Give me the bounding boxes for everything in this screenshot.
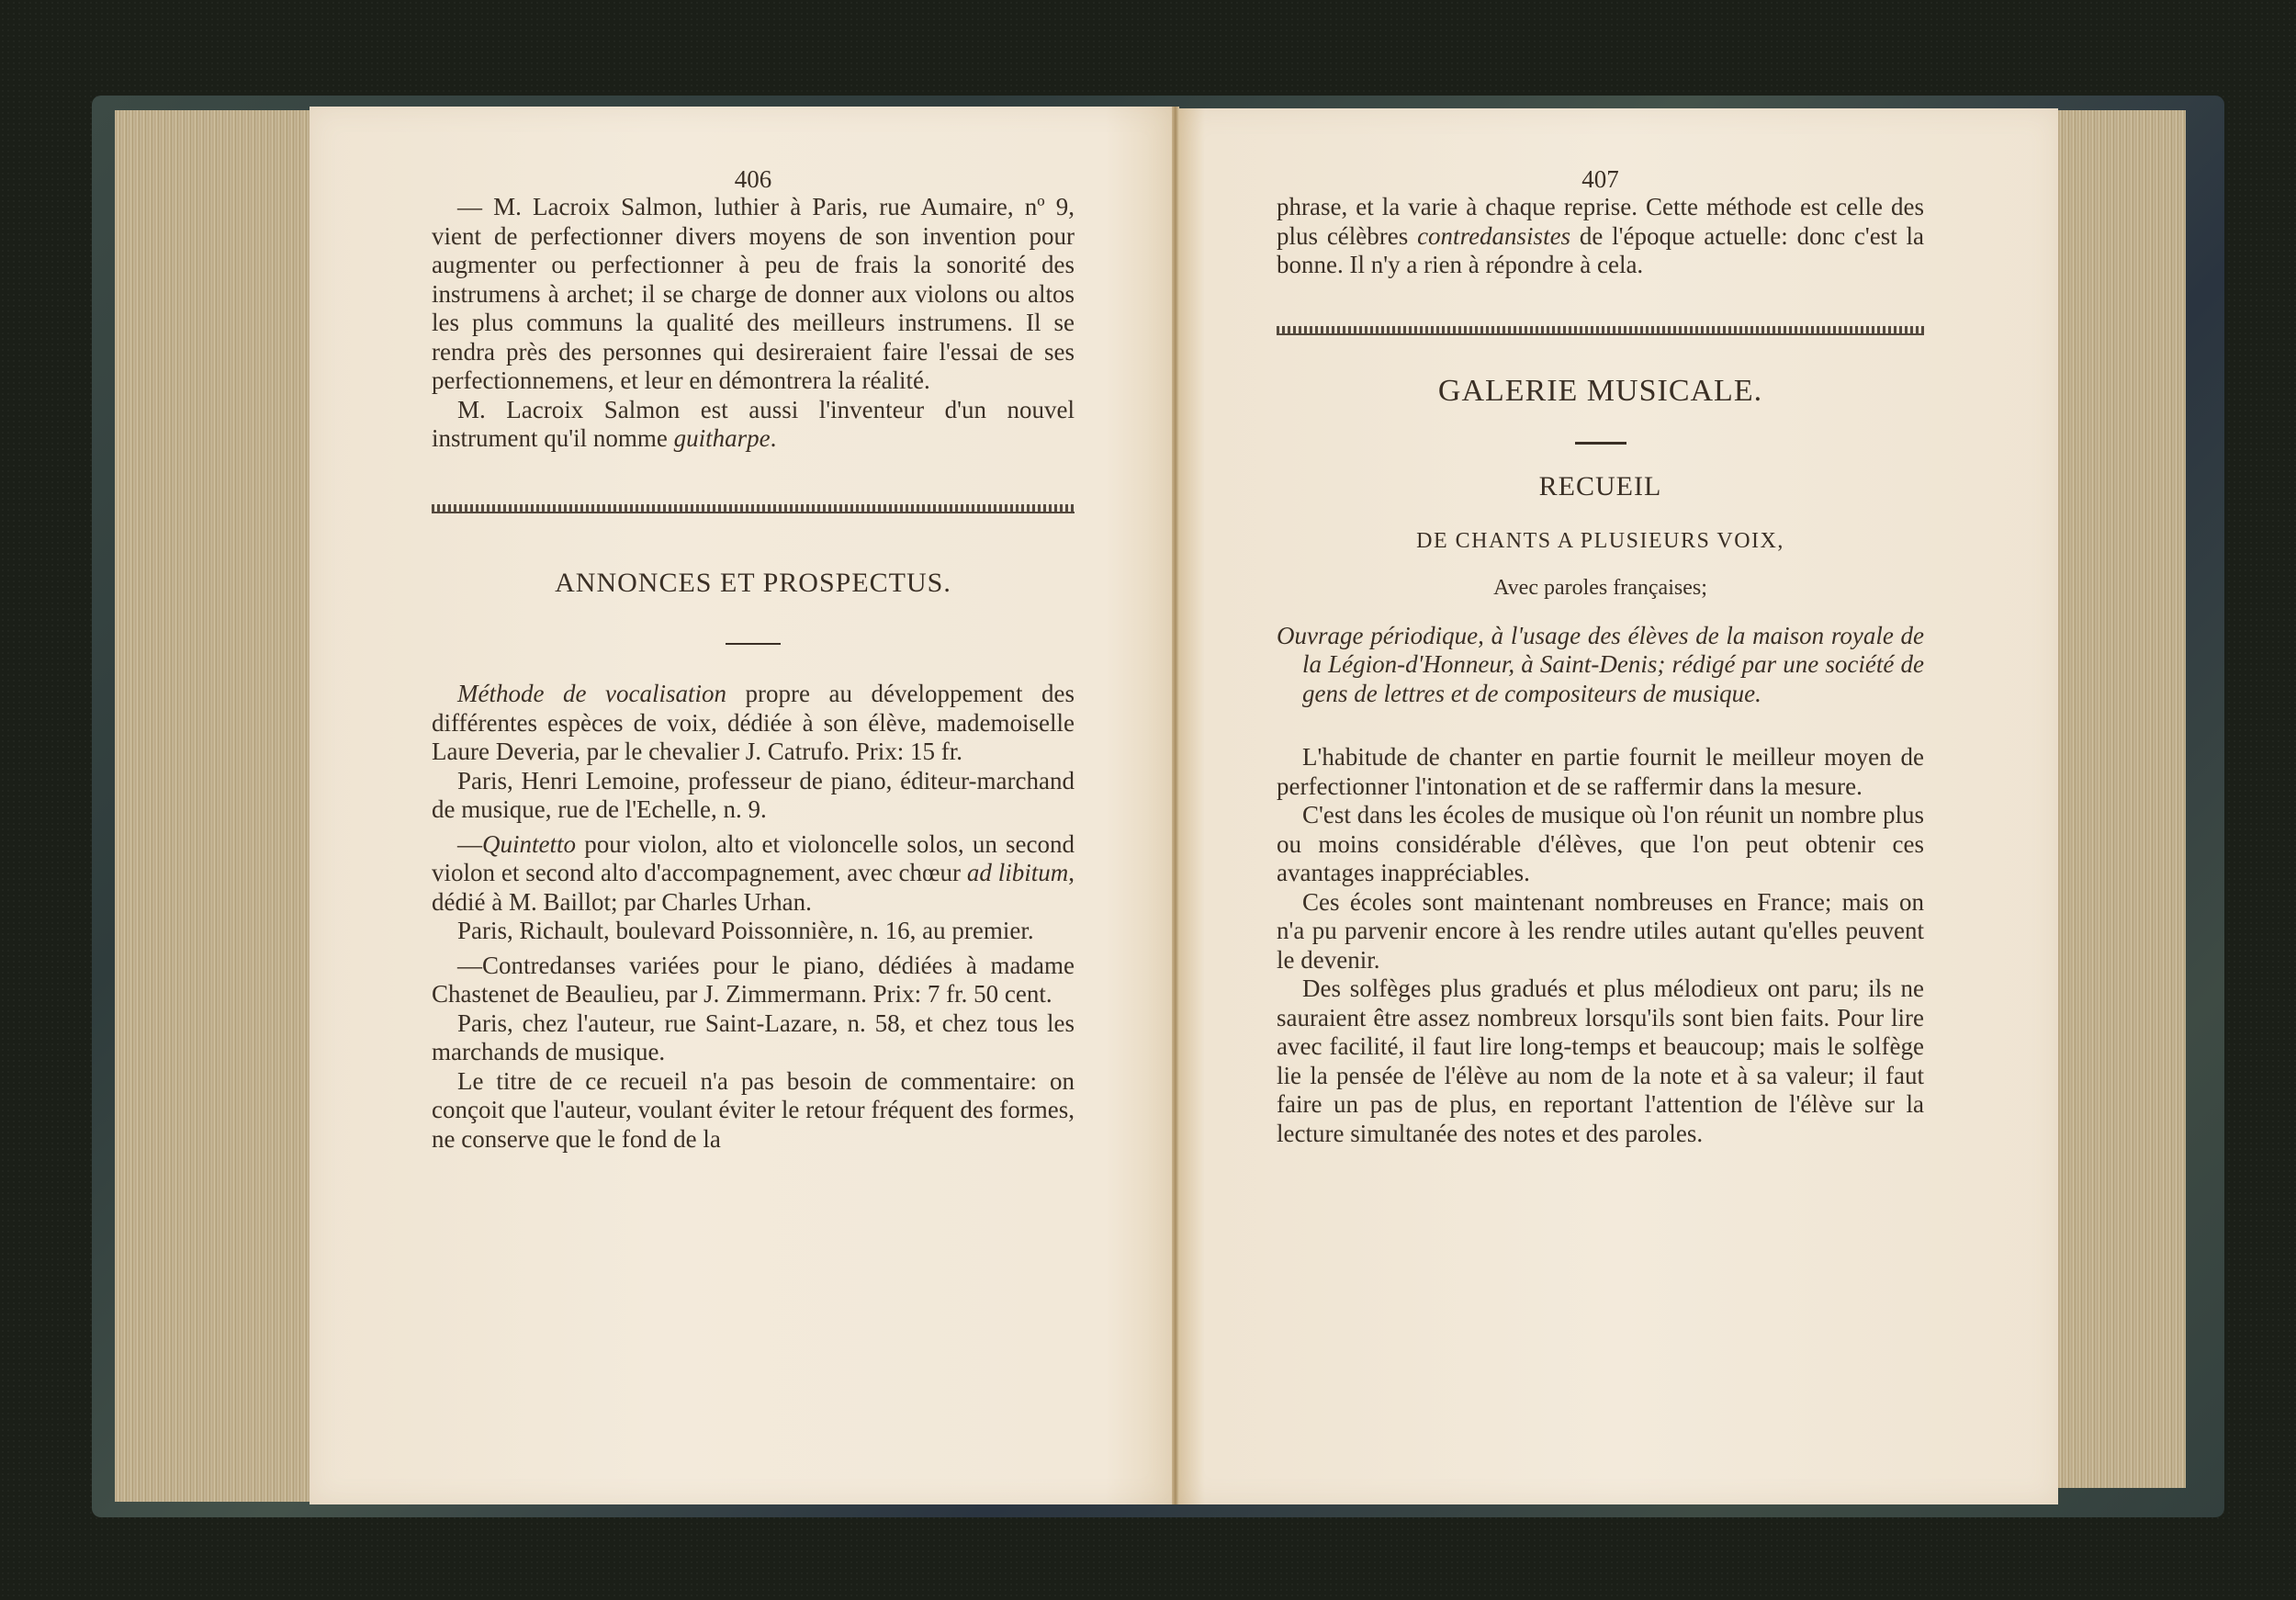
work-description: Ouvrage périodique, à l'usage des élèves…: [1277, 622, 1924, 709]
sub-heading-recueil: RECUEIL: [1277, 472, 1924, 501]
paragraph-continuation: phrase, et la varie à chaque reprise. Ce…: [1277, 193, 1924, 280]
ad-contredanses: —Contredanses variées pour le piano, déd…: [432, 952, 1075, 1009]
paragraph-lacroix: — M. Lacroix Salmon, luthier à Paris, ru…: [432, 193, 1075, 396]
right-page-stack: [2057, 110, 2186, 1488]
left-page-stack-inner: [179, 118, 308, 1495]
book-gutter: [1172, 107, 1179, 1504]
page-number: 407: [1277, 165, 1924, 193]
paragraph-habitude: L'habitude de chanter en partie fournit …: [1277, 743, 1924, 801]
ad-quintetto: —Quintetto pour violon, alto et violonce…: [432, 830, 1075, 918]
right-page-text: 407 phrase, et la varie à chaque reprise…: [1277, 165, 1924, 1148]
ad-contredanses-publisher: Paris, chez l'auteur, rue Saint-Lazare, …: [432, 1009, 1075, 1067]
ad-contredanses-comment: Le titre de ce recueil n'a pas besoin de…: [432, 1067, 1075, 1155]
wavy-divider: [432, 504, 1075, 513]
paragraph-ecoles: C'est dans les écoles de musique où l'on…: [1277, 801, 1924, 888]
section-heading: GALERIE MUSICALE.: [1277, 377, 1924, 406]
left-page-text: 406 — M. Lacroix Salmon, luthier à Paris…: [432, 165, 1075, 1154]
ad-methode: Méthode de vocalisation propre au dévelo…: [432, 680, 1075, 767]
ad-methode-publisher: Paris, Henri Lemoine, professeur de pian…: [432, 767, 1075, 825]
sub-heading-paroles: Avec paroles françaises;: [1277, 574, 1924, 603]
section-heading: ANNONCES ET PROSPECTUS.: [432, 569, 1075, 598]
page-number: 406: [432, 165, 1075, 193]
paragraph-solfeges: Des solfèges plus gradués et plus mélodi…: [1277, 975, 1924, 1148]
sub-heading-chants: DE CHANTS A PLUSIEURS VOIX,: [1277, 527, 1924, 557]
paragraph-guitharpe: M. Lacroix Salmon est aussi l'inventeur …: [432, 396, 1075, 454]
italic-term: guitharpe: [674, 424, 771, 452]
ad-quintetto-publisher: Paris, Richault, boulevard Poissonnière,…: [432, 917, 1075, 946]
wavy-divider: [1277, 326, 1924, 335]
paragraph-france: Ces écoles sont maintenant nombreuses en…: [1277, 888, 1924, 975]
